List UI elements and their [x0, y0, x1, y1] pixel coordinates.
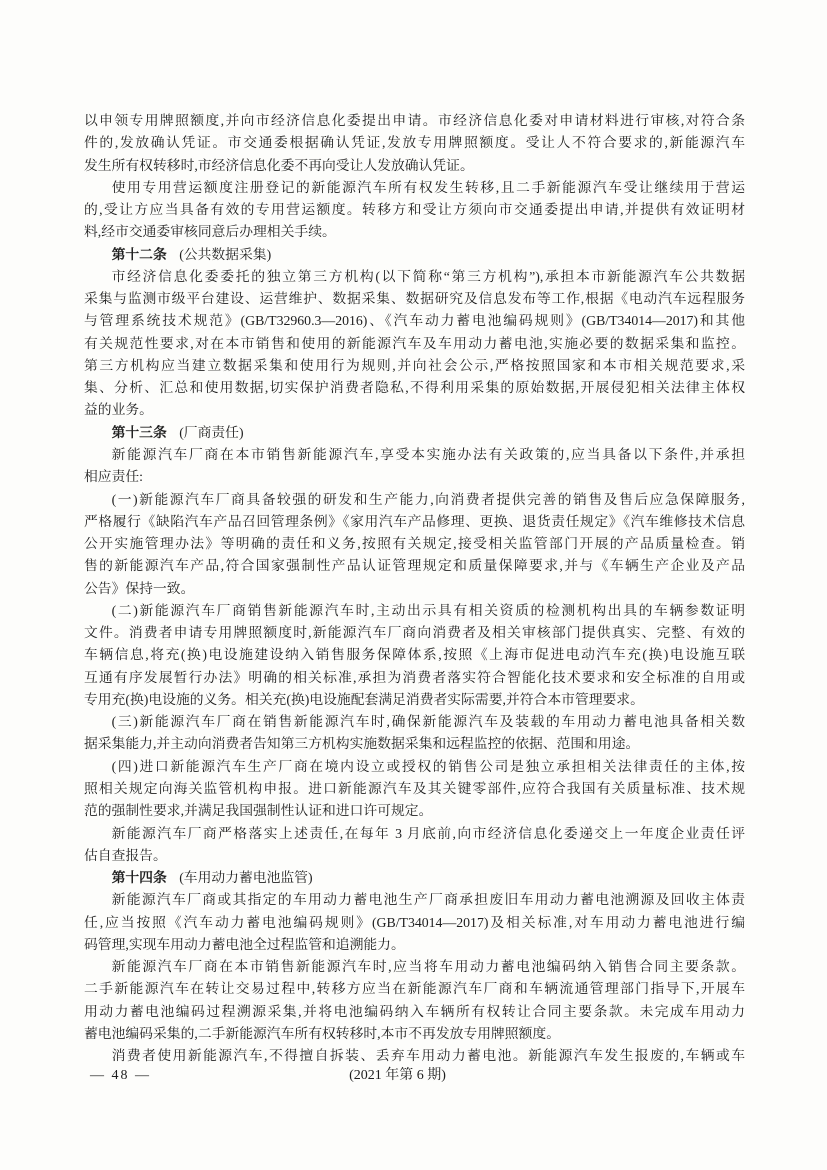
text-line: 相应责任:	[84, 466, 745, 488]
text-line: 专用充(换)电设施的义务。相关充(换)电设施配套满足消费者实际需要,并符合本市管…	[84, 689, 745, 711]
text-line: 新能源汽车厂商在本市销售新能源汽车时,应当将车用动力蓄电池编码纳入销售合同主要条…	[84, 956, 745, 978]
document-page: 以申领专用牌照额度,并向市经济信息化委提出申请。市经济信息化委对申请材料进行审核…	[0, 0, 827, 1170]
text-line: 新能源汽车厂商在本市销售新能源汽车,享受本实施办法有关政策的,应当具备以下条件,…	[84, 444, 745, 466]
text-line: 严格履行《缺陷汽车产品召回管理条例》《家用汽车产品修理、更换、退货责任规定》《汽…	[84, 511, 745, 533]
text-line: 的,受让方应当具备有效的专用营运额度。转移方和受让方须向市交通委提出申请,并提供…	[84, 199, 745, 221]
text-line: 与管理系统技术规范》(GB/T32960.3—2016)、《汽车动力蓄电池编码规…	[84, 310, 745, 332]
article-number: 第十三条	[112, 425, 167, 440]
text-line: (四)进口新能源汽车生产厂商在境内设立或授权的销售公司是独立承担相关法律责任的主…	[84, 756, 745, 778]
text-line: 使用专用营运额度注册登记的新能源汽车所有权发生转移,且二手新能源汽车受让继续用于…	[84, 177, 745, 199]
article-number: 第十二条	[112, 247, 167, 262]
text-line: (一)新能源汽车厂商具备较强的研发和生产能力,向消费者提供完善的销售及售后应急保…	[84, 489, 745, 511]
text-line: 采集与监测市级平台建设、运营维护、数据采集、数据研究及信息发布等工作,根据《电动…	[84, 288, 745, 310]
text-line: 互通有序发展暂行办法》明确的相关标准,承担为消费者落实符合智能化技术要求和安全标…	[84, 667, 745, 689]
page-footer: — 48 — (2021 年第 6 期)	[0, 1065, 827, 1087]
text-line: 公开实施管理办法》等明确的责任和义务,按照有关规定,接受相关监管部门开展的产品质…	[84, 533, 745, 555]
text-line: 公告》保持一致。	[84, 578, 745, 600]
text-line: (三)新能源汽车厂商在销售新能源汽车时,确保新能源汽车及装载的车用动力蓄电池具备…	[84, 711, 745, 733]
article-title: (厂商责任)	[179, 425, 243, 440]
text-line: 售的新能源汽车产品,符合国家强制性产品认证管理规定和质量保障要求,并与《车辆生产…	[84, 555, 745, 577]
text-line: 文件。消费者申请专用牌照额度时,新能源汽车厂商向消费者及相关审核部门提供真实、完…	[84, 622, 745, 644]
article-number: 第十四条	[112, 870, 167, 885]
text-line: 发生所有权转移时,市经济信息化委不再向受让人发放确认凭证。	[84, 155, 745, 177]
text-line: 市经济信息化委委托的独立第三方机构(以下简称“第三方机构”),承担本市新能源汽车…	[84, 266, 745, 288]
text-line: 集、分析、汇总和使用数据,切实保护消费者隐私,不得利用采集的原始数据,开展侵犯相…	[84, 377, 745, 399]
text-line: 车辆信息,将充(换)电设施建设纳入销售服务保障体系,按照《上海市促进电动汽车充(…	[84, 644, 745, 666]
text-line: 料,经市交通委审核同意后办理相关手续。	[84, 221, 745, 243]
article-heading: 第十四条(车用动力蓄电池监管)	[84, 867, 745, 889]
text-line: 件的,发放确认凭证。市交通委根据确认凭证,发放专用牌照额度。受让人不符合要求的,…	[84, 132, 745, 154]
issue-label: (2021 年第 6 期)	[0, 1065, 811, 1087]
text-line: 估自查报告。	[84, 845, 745, 867]
text-line: 用动力蓄电池编码过程溯源采集,并将电池编码纳入车辆所有权转让合同主要条款。未完成…	[84, 1001, 745, 1023]
article-heading: 第十二条(公共数据采集)	[84, 244, 745, 266]
text-line: 新能源汽车厂商严格落实上述责任,在每年 3 月底前,向市经济信息化委递交上一年度…	[84, 823, 745, 845]
text-line: 据采集能力,并主动向消费者告知第三方机构实施数据采集和远程监控的依据、范围和用途…	[84, 733, 745, 755]
text-line: 第三方机构应当建立数据采集和使用行为规则,并向社会公示,严格按照国家和本市相关规…	[84, 355, 745, 377]
text-line: 以申领专用牌照额度,并向市经济信息化委提出申请。市经济信息化委对申请材料进行审核…	[84, 110, 745, 132]
document-body: 以申领专用牌照额度,并向市经济信息化委提出申请。市经济信息化委对申请材料进行审核…	[84, 110, 745, 1067]
text-line: 照相关规定向海关监管机构申报。进口新能源汽车及其关键零部件,应符合我国有关质量标…	[84, 778, 745, 800]
text-line: (二)新能源汽车厂商销售新能源汽车时,主动出示具有相关资质的检测机构出具的车辆参…	[84, 600, 745, 622]
article-title: (车用动力蓄电池监管)	[179, 870, 312, 885]
text-line: 二手新能源汽车在转让交易过程中,转移方应当在新能源汽车厂商和车辆流通管理部门指导…	[84, 978, 745, 1000]
article-heading: 第十三条(厂商责任)	[84, 422, 745, 444]
text-line: 新能源汽车厂商或其指定的车用动力蓄电池生产厂商承担废旧车用动力蓄电池溯源及回收主…	[84, 889, 745, 911]
text-line: 任,应当按照《汽车动力蓄电池编码规则》(GB/T34014—2017)及相关标准…	[84, 912, 745, 934]
text-line: 益的业务。	[84, 399, 745, 421]
text-line: 范的强制性要求,并满足我国强制性认证和进口许可规定。	[84, 800, 745, 822]
text-line: 蓄电池编码采集的,二手新能源汽车所有权转移时,本市不再发放专用牌照额度。	[84, 1023, 745, 1045]
text-line: 有关规范性要求,对在本市销售和使用的新能源汽车及车用动力蓄电池,实施必要的数据采…	[84, 333, 745, 355]
text-line: 码管理,实现车用动力蓄电池全过程监管和追溯能力。	[84, 934, 745, 956]
article-title: (公共数据采集)	[179, 247, 271, 262]
